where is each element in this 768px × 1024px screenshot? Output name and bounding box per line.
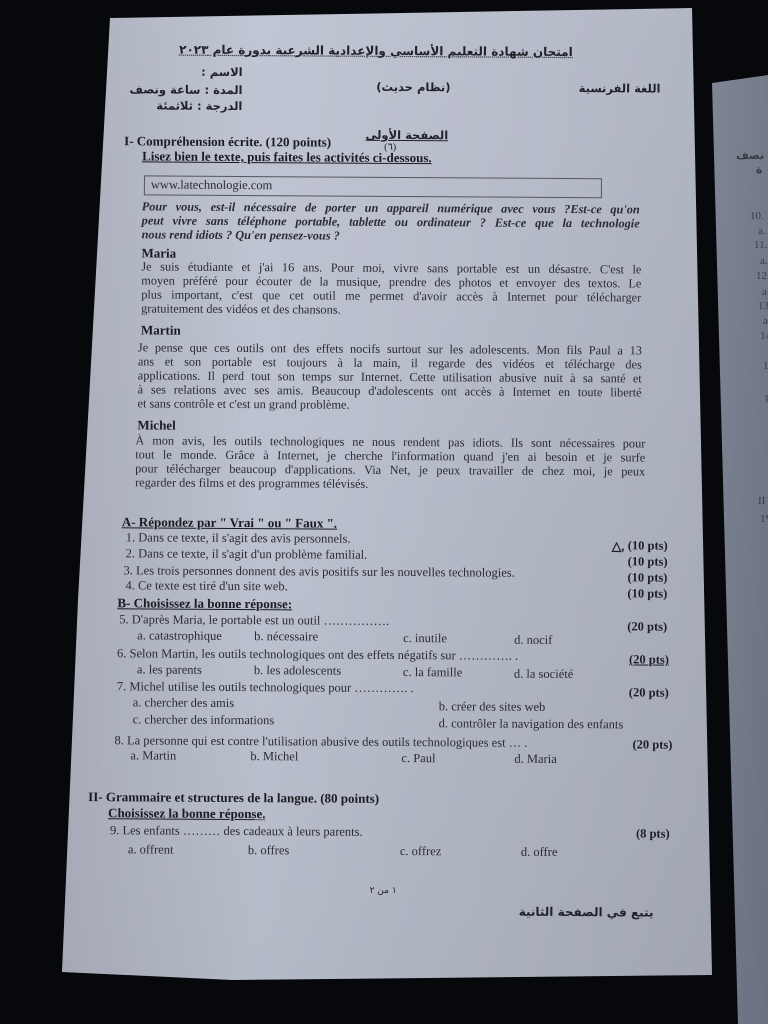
page-label: الصفحة الأولى — [365, 128, 448, 143]
continue-note: يتبع في الصفحة الثانية — [519, 905, 654, 920]
question-6-points: (20 pts) — [629, 652, 669, 667]
question-5: 5. D'après Maria, le portable est un out… — [119, 612, 389, 629]
question-8-points: (20 pts) — [632, 737, 672, 752]
exam-title: امتحان شهادة التعليم الأساسي والإعدادية … — [179, 43, 573, 59]
q6-option-d: d. la société — [514, 667, 573, 682]
question-1-points: (10 pts) — [628, 538, 668, 553]
q7-option-a: a. chercher des amis — [133, 695, 234, 711]
michel-paragraph: À mon avis, les outils technologiques ne… — [135, 434, 645, 493]
question-2: 2. Dans ce texte, il s'agit d'un problèm… — [126, 546, 368, 562]
section2-instruction: Choisissez la bonne réponse. — [108, 805, 266, 822]
question-9-points: (8 pts) — [636, 826, 670, 841]
maria-paragraph: Je suis étudiante et j'ai 16 ans. Pour m… — [141, 260, 641, 319]
speaker-name-martin: Martin — [141, 322, 181, 338]
q8-option-a: a. Martin — [130, 748, 176, 763]
intro-paragraph: Pour vous, est-il nécessaire de porter u… — [142, 200, 640, 245]
section2-title: II- Grammaire et structures de la langue… — [88, 789, 379, 807]
duration-label: المدة : ساعة ونصف — [129, 82, 242, 97]
question-1-annotation: △, — [612, 538, 625, 554]
q6-option-c: c. la famille — [403, 665, 462, 680]
question-6: 6. Selon Martin, les outils technologiqu… — [117, 646, 518, 663]
question-3-points: (10 pts) — [627, 570, 667, 585]
q7-option-c: c. chercher des informations — [133, 712, 275, 728]
question-1: 1. Dans ce texte, il s'agit des avis per… — [126, 530, 351, 546]
q8-option-d: d. Maria — [514, 752, 556, 767]
exam-sheet: امتحان شهادة التعليم الأساسي والإعدادية … — [0, 0, 768, 1024]
source-url-box: www.latechnologie.com — [144, 175, 602, 198]
name-label: الاسم : — [201, 65, 243, 79]
q7-option-b: b. créer des sites web — [439, 699, 546, 715]
question-2-points: (10 pts) — [628, 554, 668, 569]
q5-option-c: c. inutile — [403, 631, 447, 646]
question-4: 4. Ce texte est tiré d'un site web. — [125, 578, 287, 594]
q9-option-d: d. offre — [521, 845, 558, 860]
q9-option-c: c. offrez — [400, 844, 441, 859]
q6-option-b: b. les adolescents — [254, 663, 341, 679]
q8-option-b: b. Michel — [250, 749, 298, 764]
source-url: www.latechnologie.com — [151, 177, 272, 192]
q5-option-a: a. catastrophique — [137, 628, 222, 644]
question-4-points: (10 pts) — [627, 586, 667, 601]
question-7: 7. Michel utilise les outils technologiq… — [117, 679, 414, 696]
question-7-points: (20 pts) — [629, 685, 669, 700]
grade-label: الدرجة : ثلاثمئة — [156, 99, 242, 114]
q5-option-b: b. nécessaire — [254, 629, 318, 644]
q9-option-b: b. offres — [248, 843, 290, 858]
question-9: 9. Les enfants ……… des cadeaux à leurs p… — [110, 823, 363, 840]
q8-option-c: c. Paul — [401, 751, 435, 766]
partA-title: A- Répondez par " Vrai " ou " Faux ". — [122, 514, 337, 531]
partB-title: B- Choisissez la bonne réponse: — [117, 595, 292, 612]
system-label: (نظام حديث) — [376, 80, 450, 94]
q7-option-d: d. contrôler la navigation des enfants — [439, 716, 624, 732]
speaker-name-michel: Michel — [137, 417, 175, 433]
q6-option-a: a. les parents — [137, 662, 202, 677]
question-5-points: (20 pts) — [627, 619, 667, 634]
q9-option-a: a. offrent — [128, 842, 174, 857]
martin-paragraph: Je pense que ces outils ont des effets n… — [138, 341, 642, 414]
page-number: ١ من ٢ — [370, 886, 397, 896]
section1-instruction: Lisez bien le texte, puis faites les act… — [142, 148, 432, 166]
q5-option-d: d. nocif — [514, 633, 552, 648]
subject-label: اللغة الفرنسية — [579, 81, 661, 95]
